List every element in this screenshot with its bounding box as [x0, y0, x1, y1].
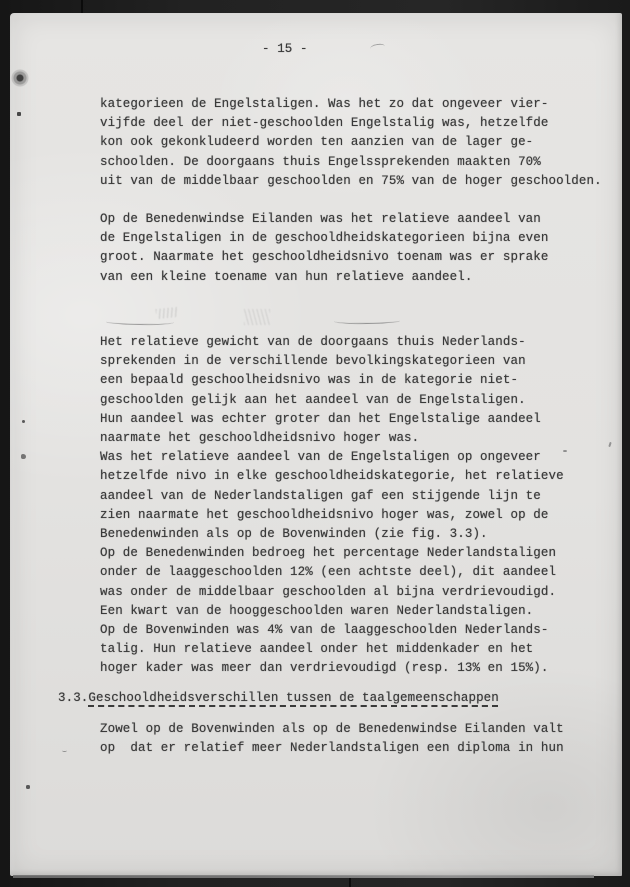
text-line: Was het relatieve aandeel van de Engelst… [100, 448, 564, 467]
ink-speck [608, 442, 611, 447]
pencil-squiggle [370, 43, 386, 52]
document-page: - 15 - kategorieen de Engelstaligen. Was… [10, 13, 622, 876]
text-line: groot. Naarmate het geschooldheidsnivo t… [100, 248, 548, 267]
text-line: aandeel van de Nederlandstaligen gaf een… [100, 487, 564, 506]
text-line: de Engelstaligen in de geschooldheidskat… [100, 229, 548, 248]
paragraph: Zowel op de Bovenwinden als op de Benede… [100, 720, 564, 758]
text-line: uit van de middelbaar geschoolden en 75%… [100, 172, 602, 191]
text-line: Op de Benedenwinden bedroeg het percenta… [100, 544, 564, 563]
scan-background: - 15 - kategorieen de Engelstaligen. Was… [0, 0, 630, 887]
text-line: Het relatieve gewicht van de doorgaans t… [100, 333, 564, 352]
paragraph: Het relatieve gewicht van de doorgaans t… [100, 333, 564, 679]
text-line: schoolden. De doorgaans thuis Engelsspre… [100, 153, 602, 172]
ink-speck [22, 420, 25, 423]
paragraph: Op de Benedenwindse Eilanden was het rel… [100, 210, 548, 287]
pencil-smudge [334, 317, 400, 325]
text-line: talig. Hun relatieve aandeel onder het m… [100, 640, 564, 659]
ink-speck [26, 785, 30, 789]
section-title: Geschooldheidsverschillen tussen de taal… [88, 691, 498, 705]
hole-punch-mark [11, 69, 29, 87]
text-line: vijfde deel der niet-geschoolden Engelst… [100, 114, 602, 133]
text-line: op dat er relatief meer Nederlandstalige… [100, 739, 564, 758]
text-line: kon ook gekonkludeerd worden ten aanzien… [100, 133, 602, 152]
text-line: naarmate het geschooldheidsnivo hoger wa… [100, 429, 564, 448]
text-line: geschoolden gelijk aan het aandeel van d… [100, 391, 564, 410]
text-line: Op de Bovenwinden was 4% van de laaggesc… [100, 621, 564, 640]
text-line: was onder de middelbaar geschoolden al b… [100, 583, 564, 602]
ink-speck [17, 112, 21, 116]
text-line: Een kwart van de hooggeschoolden waren N… [100, 602, 564, 621]
text-line: hoger kader was meer dan verdrievoudigd … [100, 659, 564, 678]
text-line: Hun aandeel was echter groter dan het En… [100, 410, 564, 429]
pencil-smudge [156, 307, 179, 319]
pencil-smudge [244, 309, 270, 325]
text-line: hetzelfde nivo in elke geschooldheidskat… [100, 467, 564, 486]
page-number: - 15 - [262, 40, 308, 59]
text-line: sprekenden in de verschillende bevolking… [100, 352, 564, 371]
pencil-smudge [106, 318, 174, 326]
text-line: onder de laaggeschoolden 12% (een achtst… [100, 563, 564, 582]
ink-speck [62, 749, 67, 752]
ink-speck [21, 454, 26, 459]
scan-edge-notch [349, 878, 351, 887]
text-line: Op de Benedenwindse Eilanden was het rel… [100, 210, 548, 229]
section-heading: 3.3.Geschooldheidsverschillen tussen de … [58, 689, 499, 708]
text-line: kategorieen de Engelstaligen. Was het zo… [100, 95, 602, 114]
paragraph: kategorieen de Engelstaligen. Was het zo… [100, 95, 602, 191]
text-line: zien naarmate het geschooldheidsnivo hog… [100, 506, 564, 525]
text-line: Zowel op de Bovenwinden als op de Benede… [100, 720, 564, 739]
section-number: 3.3. [58, 691, 88, 705]
scan-edge-notch [81, 0, 83, 13]
text-line: van een kleine toename van hun relatieve… [100, 268, 548, 287]
text-line: een bepaald geschoolheidsnivo was in de … [100, 371, 564, 390]
text-line: Benedenwinden als op de Bovenwinden (zie… [100, 525, 564, 544]
